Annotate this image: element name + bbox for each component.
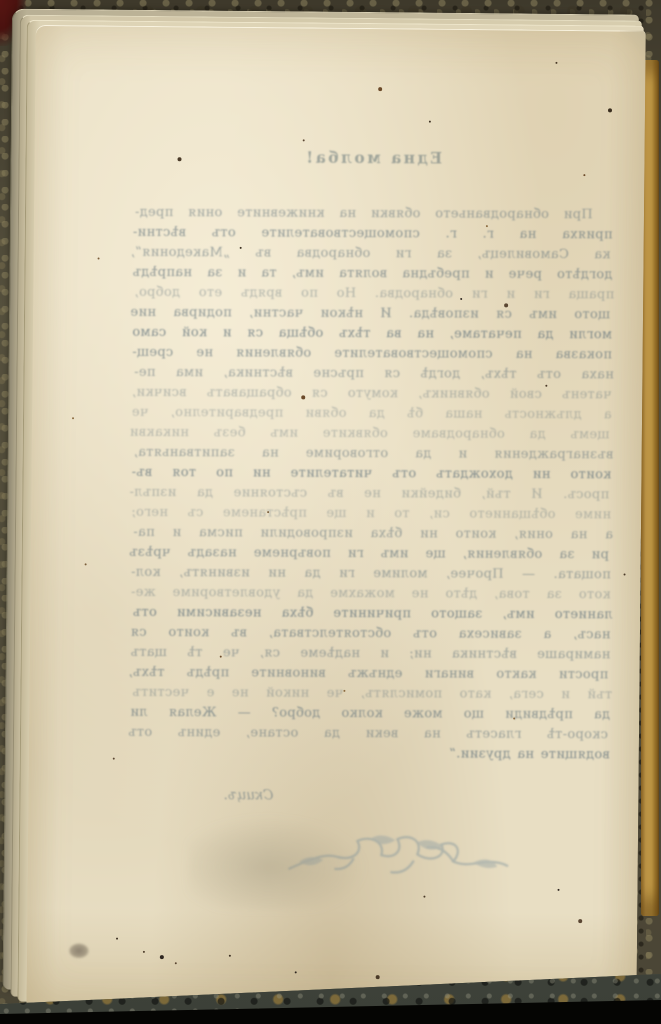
text-line: водящите на друзии.“ <box>130 743 610 766</box>
text-line: насъ, а зависеха отъ обстоятелствата, въ… <box>130 623 610 646</box>
text-line: ниме обѣщанието си, то и ще прѣстанеме с… <box>131 503 611 526</box>
text-line: щото имъ ся изповѣда. И нѣкои частни, по… <box>130 303 610 326</box>
text-line: тъй и сега, като помислятъ, че никой не … <box>132 683 612 706</box>
text-line: ланието имъ, защото причините бѣха незав… <box>133 603 613 626</box>
text-line: наха отъ тѣхъ, догдѣ ся пръсне вѣстника,… <box>134 363 614 386</box>
book-photo: { "bleed_through": { "heading": "Една мо… <box>0 0 661 1024</box>
text-line: могли да печатаме, на ва тѣхъ обѣща ся и… <box>132 323 612 346</box>
text-line: да прѣдвиди що може колко добро? — Желая… <box>130 703 610 726</box>
text-line: а длъжность наша бѣ да обяви предварител… <box>132 403 612 426</box>
text-line: скоро-тѣ гласетъ на веки да остане, един… <box>128 723 608 746</box>
blank-book-page: Една молба! При обнародваньето обявки на… <box>26 25 645 1012</box>
text-line: ка Самовилецъ, за ги обнародва въ „Макед… <box>130 243 610 266</box>
bleed-heading: Една молба! <box>133 146 613 170</box>
text-line: чатенъ свой обявникъ, комуто ся обращава… <box>132 383 612 406</box>
text-line: които ни дохождатъ отъ читателите ни по … <box>131 463 611 486</box>
text-line: възнаграждения и да отговориме на запитв… <box>133 443 613 466</box>
text-line: догдѣто рече и пребъдна волята имъ, та и… <box>132 263 612 286</box>
text-line: намираше вѣстника ни; и надѣеме ся, че т… <box>130 643 610 666</box>
bleed-through-block: Една молба! При обнародваньето обявки на… <box>129 146 613 888</box>
text-line: показва на спомоществователите обявления… <box>132 343 612 366</box>
dust-speckles <box>36 25 38 27</box>
text-line: прияха на г. г. спомоществователите отъ … <box>133 223 613 246</box>
text-line: щемъ да обнародваме обявките имъ безъ ни… <box>129 423 609 446</box>
paper-smudge <box>187 814 368 911</box>
text-line: кото за това, дѣто не можахме да удовлет… <box>131 583 611 606</box>
bleed-signature: Скицъ. <box>130 787 610 806</box>
text-line: праща ги и ги обнародва. Но по врядъ ето… <box>134 283 614 306</box>
text-line: При обнародваньето обявки на книжевните … <box>135 203 615 226</box>
text-line: прости както винаги еднъжъ виновните прѣ… <box>128 663 608 686</box>
text-line: просъ. И тъй, бидейки не въ състояние да… <box>129 483 609 506</box>
ink-spot <box>69 943 89 958</box>
text-line: пощата. — Прочее, молиме ги да ни извиня… <box>131 563 611 586</box>
text-line: ри за обявления, ще имъ ги повърнеме наз… <box>129 543 609 566</box>
bleed-body: При обнародваньето обявки на книжевните … <box>130 203 613 766</box>
corner-wear <box>620 30 646 56</box>
text-line: а на ония, които ни бѣха изпроводили пис… <box>133 523 613 546</box>
book-block: Една молба! При обнародваньето обявки на… <box>2 4 646 1012</box>
